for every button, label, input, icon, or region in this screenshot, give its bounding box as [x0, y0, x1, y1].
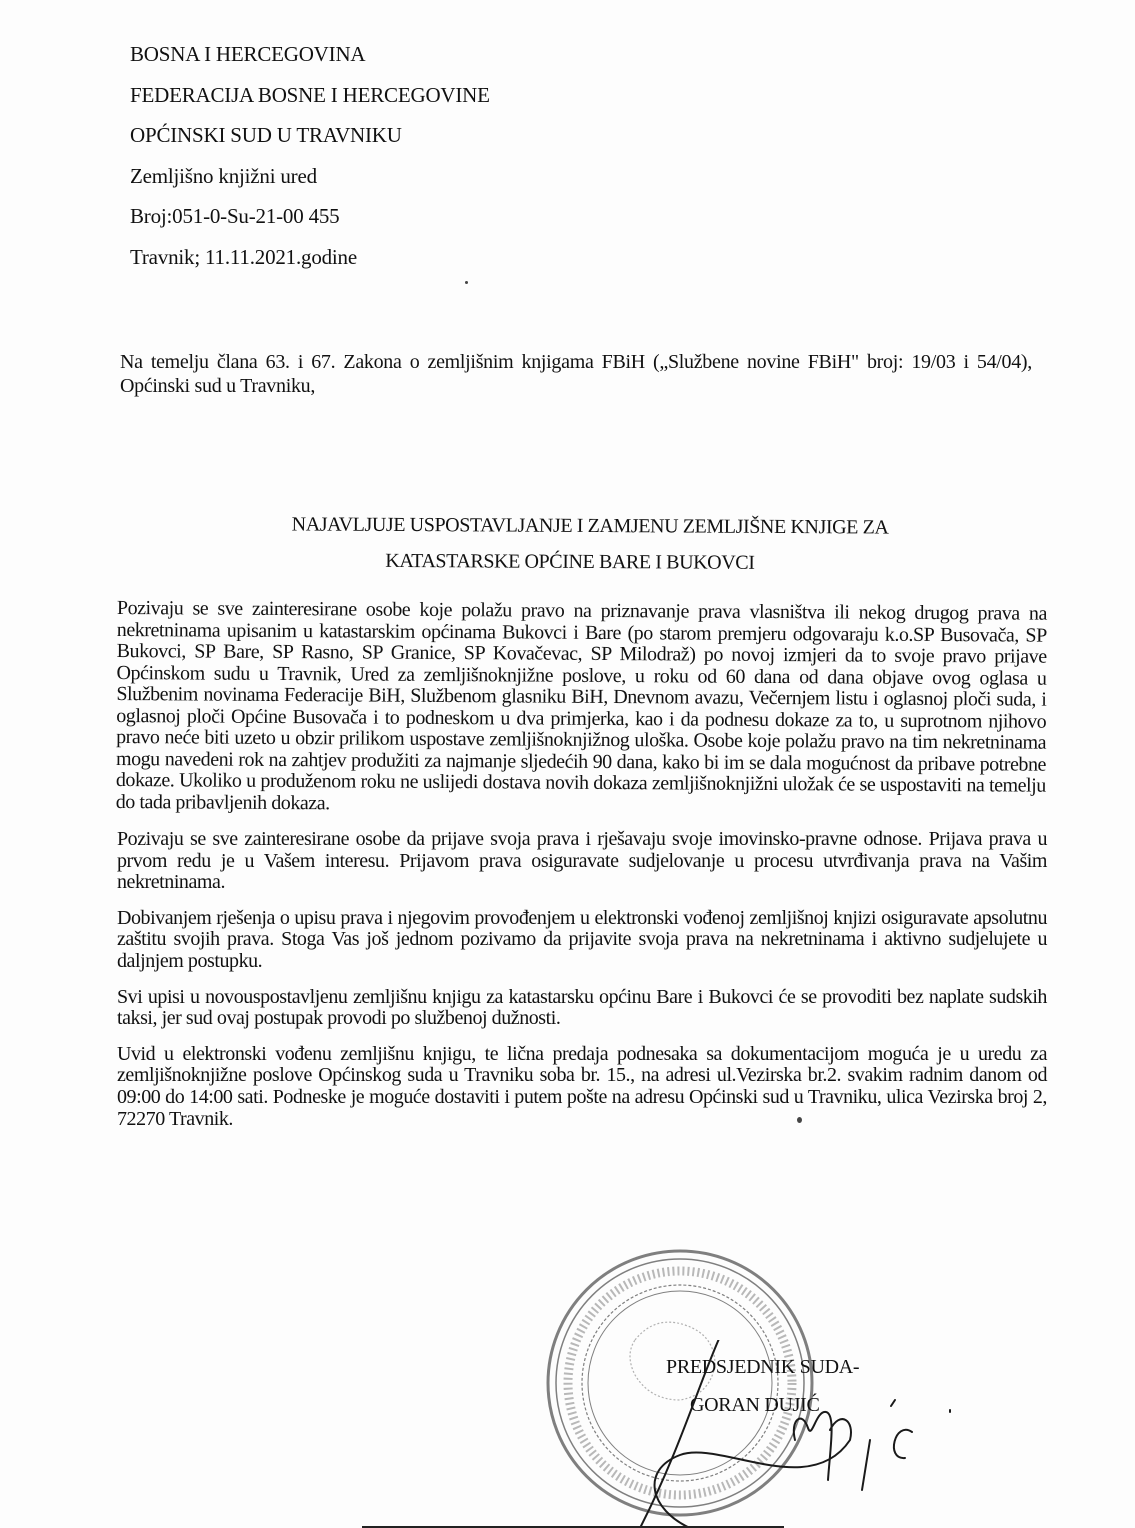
scan-speck	[465, 281, 468, 284]
letterhead: BOSNA I HERCEGOVINA FEDERACIJA BOSNE I H…	[130, 34, 490, 277]
announcement-title: NAJAVLJUJE USPOSTAVLJANJE I ZAMJENU ZEML…	[180, 506, 1000, 582]
paragraph-call-to-register: Pozivaju se sve zainteresirane osobe koj…	[116, 598, 1047, 819]
scan-speck	[797, 1117, 802, 1123]
paragraph-protection: Dobivanjem rješenja o upisu prava i njeg…	[117, 908, 1047, 973]
title-line-1: NAJAVLJUJE USPOSTAVLJANJE I ZAMJENU ZEML…	[180, 506, 1000, 546]
federation-line: FEDERACIJA BOSNE I HERCEGOVINE	[130, 75, 490, 116]
announcement-body: Pozivaju se sve zainteresirane osobe koj…	[117, 598, 1047, 1144]
signatory-title: PREDSJEDNIK SUDA-	[666, 1356, 859, 1379]
paragraph-register-rights: Pozivaju se sve zainteresirane osobe da …	[117, 829, 1047, 894]
court-line: OPĆINSKI SUD U TRAVNIKU	[130, 115, 490, 156]
office-line: Zemljišno knjižni ured	[130, 156, 490, 197]
place-date: Travnik; 11.11.2021.godine	[130, 237, 490, 278]
title-line-2: KATASTARSKE OPĆINE BARE I BUKOVCI	[140, 542, 1000, 583]
country-line: BOSNA I HERCEGOVINA	[130, 34, 490, 75]
document-page: BOSNA I HERCEGOVINA FEDERACIJA BOSNE I H…	[0, 0, 1135, 1528]
signatory-name: GORAN DUJIĆ	[690, 1394, 819, 1417]
paragraph-no-fees: Svi upisi u novouspostavljenu zemljišnu …	[117, 987, 1047, 1030]
court-seal-stamp-icon	[540, 1245, 820, 1520]
paragraph-office-info: Uvid u elektronski vođenu zemljišnu knji…	[117, 1044, 1047, 1130]
reference-number: Broj:051-0-Su-21-00 455	[130, 196, 490, 237]
legal-basis-intro: Na temelju člana 63. i 67. Zakona o zeml…	[120, 350, 1032, 398]
